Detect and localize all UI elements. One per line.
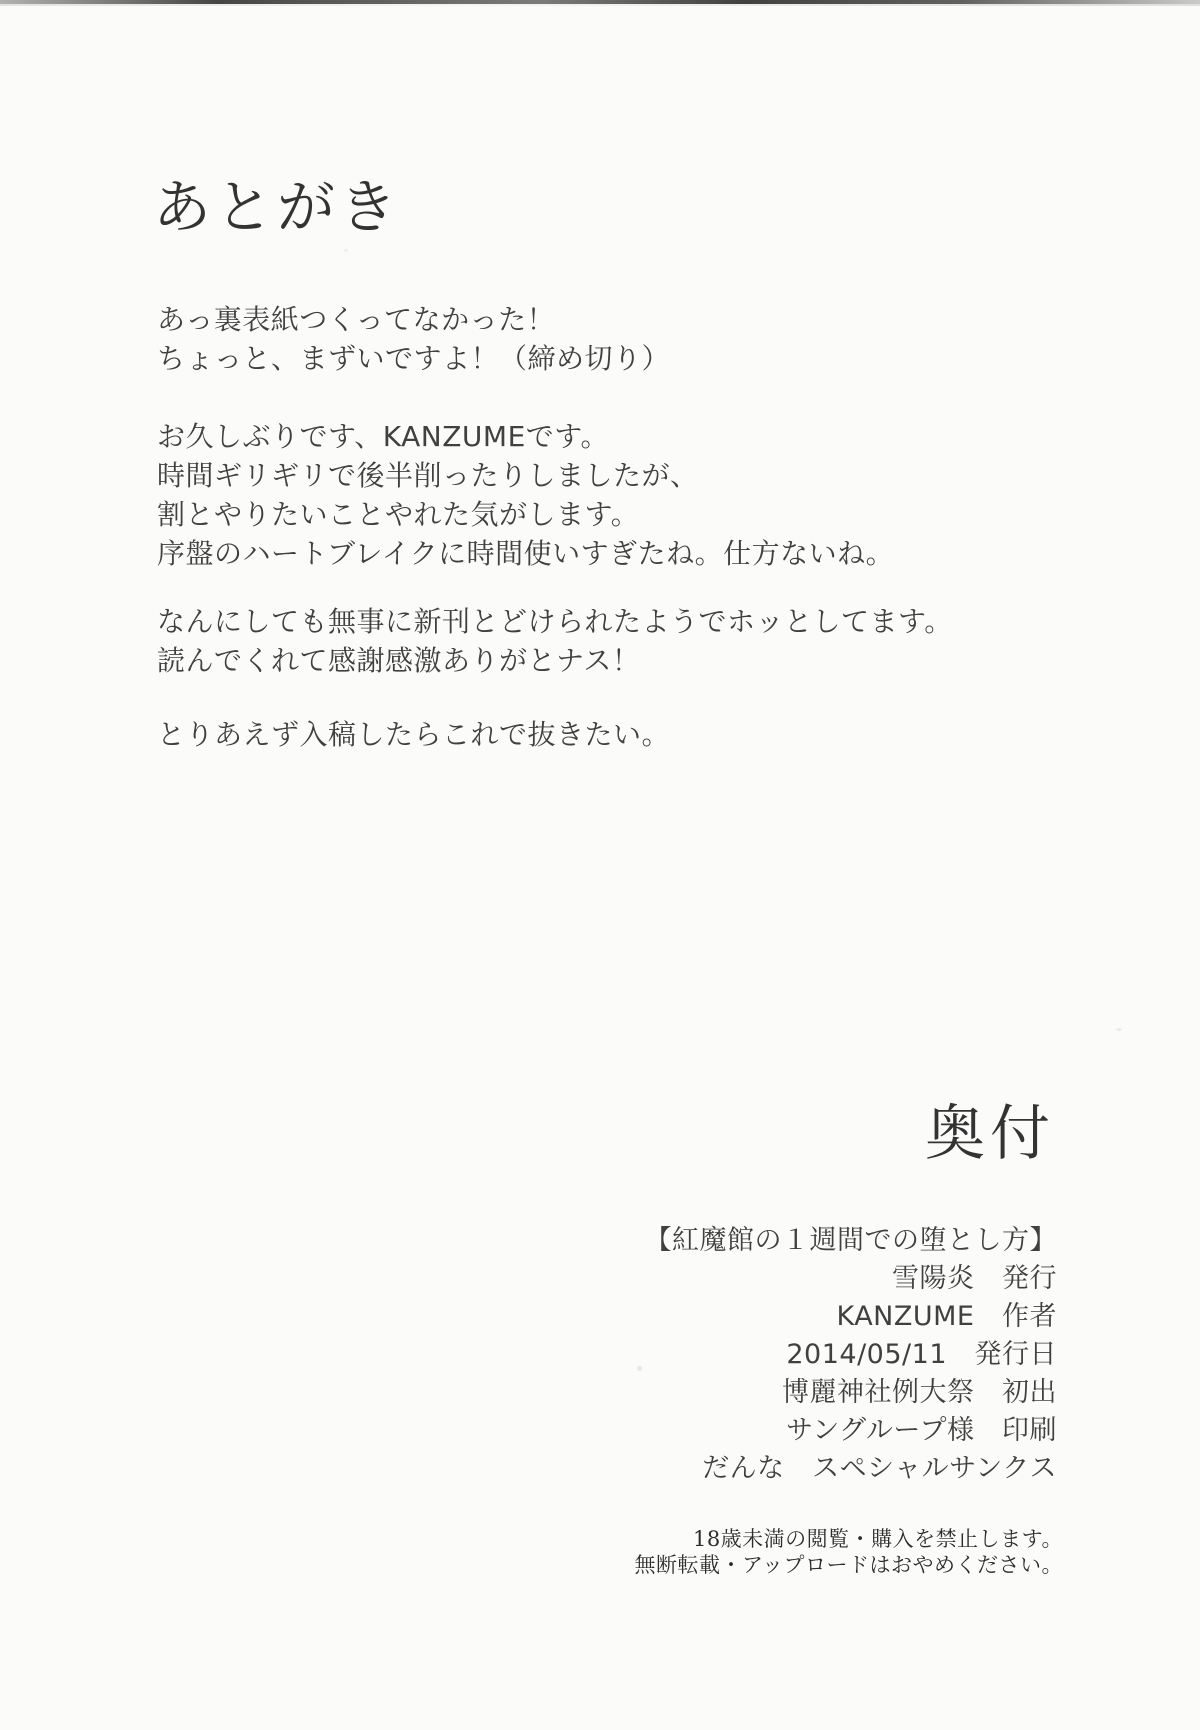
- scan-speck: [1116, 1028, 1122, 1031]
- age-restriction-notice: 18歳未満の閲覧・購入を禁止します。 無断転載・アップロードはおやめください。: [634, 1526, 1063, 1578]
- afterword-paragraph-1: あっ裏表紙つくってなかった！ ちょっと、まずいですよ！（締め切り）: [157, 300, 670, 378]
- text-line: 時間ギリギリで後半削ったりしましたが、: [157, 456, 894, 495]
- colophon-author: KANZUME 作者: [645, 1298, 1058, 1336]
- doujinshi-afterword-page: あとがき あっ裏表紙つくってなかった！ ちょっと、まずいですよ！（締め切り） お…: [0, 0, 1200, 1730]
- colophon-special-thanks: だんな スペシャルサンクス: [645, 1450, 1058, 1488]
- notice-line: 18歳未満の閲覧・購入を禁止します。: [634, 1526, 1063, 1552]
- text-line: 読んでくれて感謝感激ありがとナス！: [157, 641, 953, 680]
- afterword-paragraph-2: お久しぶりです、KANZUMEです。 時間ギリギリで後半削ったりしましたが、 割…: [157, 417, 894, 573]
- notice-line: 無断転載・アップロードはおやめください。: [634, 1552, 1063, 1578]
- scan-edge-artifact: [0, 0, 1200, 4]
- text-line: なんにしても無事に新刊とどけられたようでホッとしてます。: [157, 602, 953, 641]
- text-line: 割とやりたいことやれた気がします。: [157, 495, 894, 534]
- scan-speck: [637, 1366, 642, 1371]
- colophon-printer: サングループ様 印刷: [645, 1412, 1058, 1450]
- colophon-circle: 雪陽炎 発行: [645, 1260, 1058, 1298]
- text-line: ちょっと、まずいですよ！（締め切り）: [157, 339, 670, 378]
- colophon-publish-date: 2014/05/11 発行日: [645, 1336, 1058, 1374]
- afterword-paragraph-3: なんにしても無事に新刊とどけられたようでホッとしてます。 読んでくれて感謝感激あ…: [157, 602, 953, 680]
- colophon-book-title: 【紅魔館の１週間での堕とし方】: [645, 1222, 1058, 1260]
- text-line: お久しぶりです、KANZUMEです。: [157, 417, 894, 456]
- colophon-event: 博麗神社例大祭 初出: [645, 1374, 1058, 1412]
- colophon-title: 奥付: [925, 1086, 1055, 1172]
- scan-speck: [344, 249, 348, 252]
- afterword-paragraph-4: とりあえず入稿したらこれで抜きたい。: [157, 715, 670, 754]
- text-line: あっ裏表紙つくってなかった！: [157, 300, 670, 339]
- text-line: 序盤のハートブレイクに時間使いすぎたね。仕方ないね。: [157, 534, 894, 573]
- text-line: とりあえず入稿したらこれで抜きたい。: [157, 715, 670, 754]
- colophon-entries: 【紅魔館の１週間での堕とし方】 雪陽炎 発行 KANZUME 作者 2014/0…: [645, 1222, 1058, 1488]
- afterword-title: あとがき: [153, 160, 401, 244]
